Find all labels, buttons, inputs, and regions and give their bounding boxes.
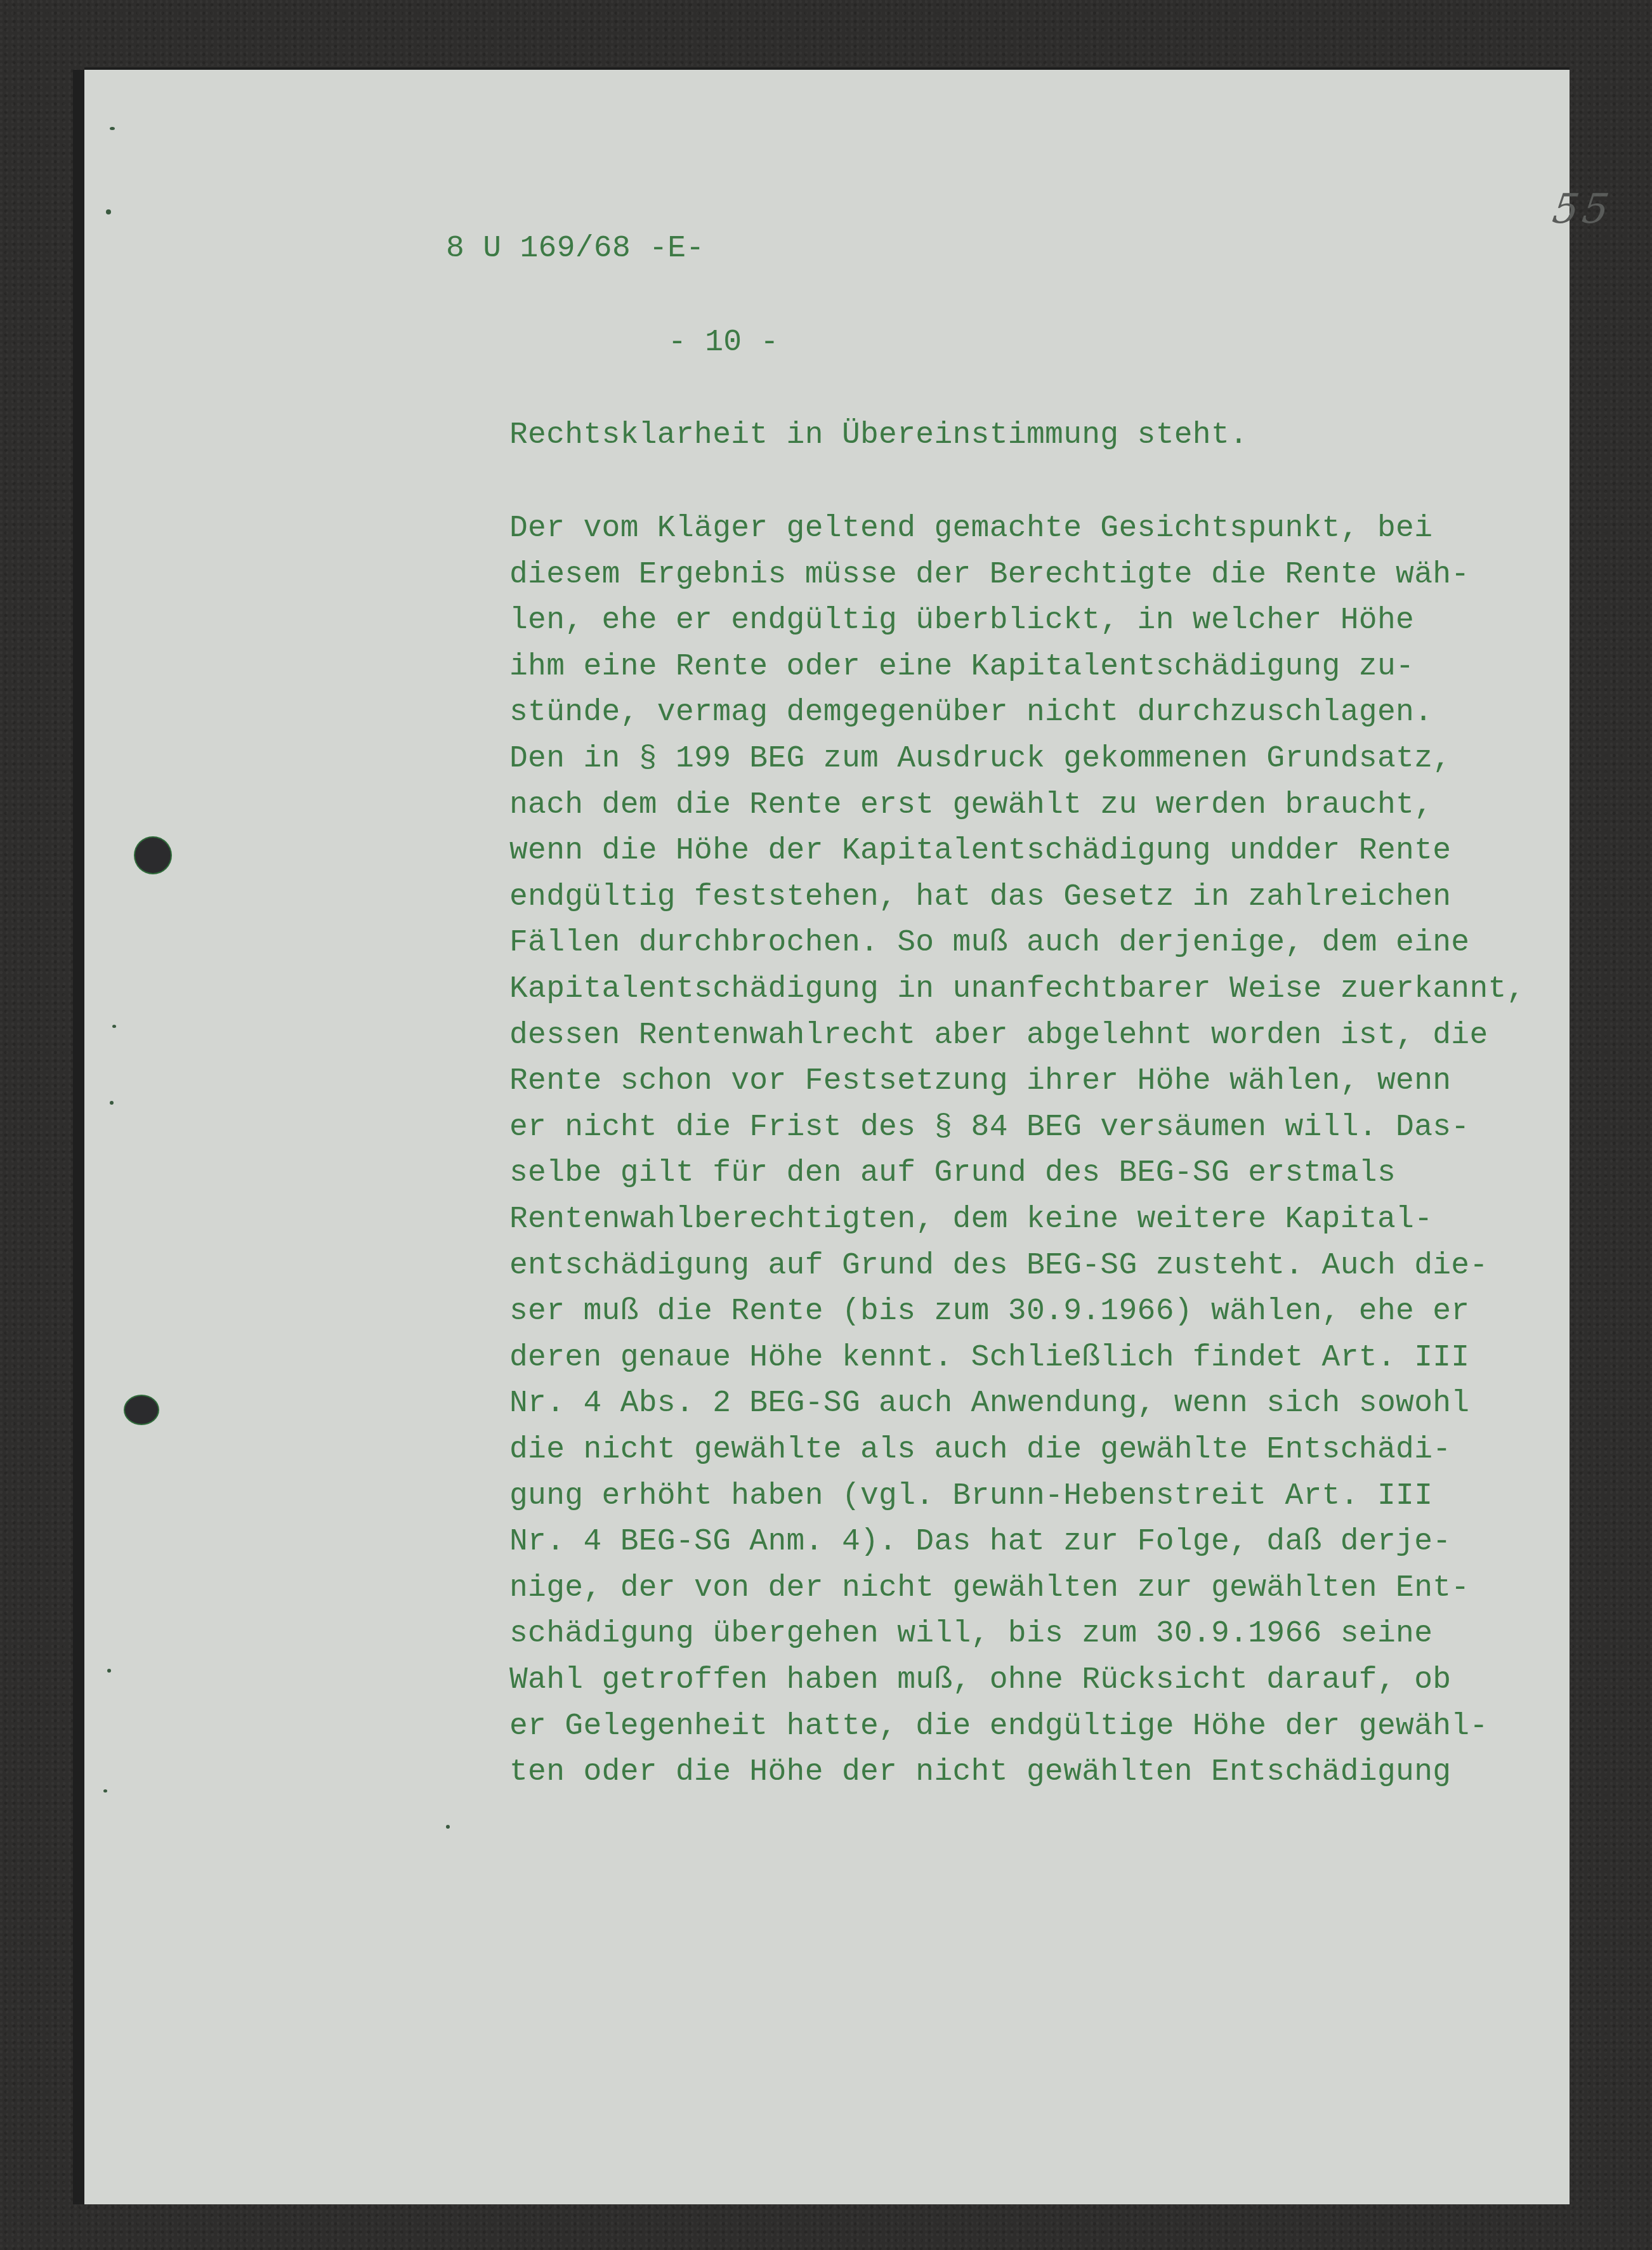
text-line: selbe gilt für den auf Grund des BEG-SG … — [509, 1158, 1396, 1188]
text-line: diesem Ergebnis müsse der Berechtigte di… — [509, 560, 1469, 590]
ink-speck — [103, 1789, 107, 1793]
page-number: - 10 - — [668, 327, 779, 358]
text-line: deren genaue Höhe kennt. Schließlich fin… — [509, 1343, 1469, 1373]
ink-speck — [110, 1101, 114, 1105]
text-line: gung erhöht haben (vgl. Brunn-Hebenstrei… — [509, 1481, 1432, 1511]
text-line: Wahl getroffen haben muß, ohne Rücksicht… — [509, 1665, 1451, 1695]
ink-speck — [106, 209, 111, 214]
text-line: entschädigung auf Grund des BEG-SG zuste… — [509, 1251, 1488, 1281]
text-line: schädigung übergehen will, bis zum 30.9.… — [509, 1619, 1432, 1649]
text-line: die nicht gewählte als auch die gewählte… — [509, 1435, 1451, 1465]
case-reference: 8 U 169/68 -E- — [446, 234, 704, 264]
text-line: ihm eine Rente oder eine Kapitalentschäd… — [509, 652, 1414, 682]
opening-line: Rechtsklarheit in Übereinstimmung steht. — [509, 420, 1248, 451]
text-line: stünde, vermag demgegenüber nicht durchz… — [509, 697, 1432, 728]
text-line: er nicht die Frist des § 84 BEG versäume… — [509, 1112, 1469, 1143]
text-line: Kapitalentschädigung in unanfechtbarer W… — [509, 974, 1525, 1004]
handwritten-folio-number: 55 — [1550, 186, 1616, 233]
ink-speck — [110, 127, 115, 130]
text-line: len, ehe er endgültig überblickt, in wel… — [509, 605, 1414, 636]
text-line: endgültig feststehen, hat das Gesetz in … — [509, 882, 1451, 912]
text-line: ser muß die Rente (bis zum 30.9.1966) wä… — [509, 1296, 1469, 1327]
text-line: Der vom Kläger geltend gemachte Gesichts… — [509, 513, 1432, 544]
document-page: 55 8 U 169/68 -E- - 10 - Rechtsklarheit … — [84, 70, 1570, 2204]
ink-speck — [112, 1025, 116, 1028]
punch-hole-bottom — [125, 1396, 158, 1424]
ink-speck — [446, 1825, 450, 1829]
ink-speck — [107, 1669, 111, 1673]
text-line: ten oder die Höhe der nicht gewählten En… — [509, 1757, 1451, 1787]
punch-hole-top — [135, 838, 171, 873]
text-line: Rentenwahlberechtigten, dem keine weiter… — [509, 1204, 1432, 1235]
text-line: dessen Rentenwahlrecht aber abgelehnt wo… — [509, 1020, 1488, 1051]
text-line: er Gelegenheit hatte, die endgültige Höh… — [509, 1711, 1488, 1742]
text-line: nach dem die Rente erst gewählt zu werde… — [509, 790, 1432, 820]
text-line: wenn die Höhe der Kapitalentschädigung u… — [509, 836, 1451, 866]
text-line: Fällen durchbrochen. So muß auch derjeni… — [509, 928, 1469, 958]
text-line: Rente schon vor Festsetzung ihrer Höhe w… — [509, 1066, 1451, 1096]
text-line: Nr. 4 BEG-SG Anm. 4). Das hat zur Folge,… — [509, 1527, 1451, 1557]
text-line: Nr. 4 Abs. 2 BEG-SG auch Anwendung, wenn… — [509, 1388, 1469, 1419]
text-line: nige, der von der nicht gewählten zur ge… — [509, 1573, 1469, 1603]
text-line: Den in § 199 BEG zum Ausdruck gekommenen… — [509, 744, 1451, 774]
